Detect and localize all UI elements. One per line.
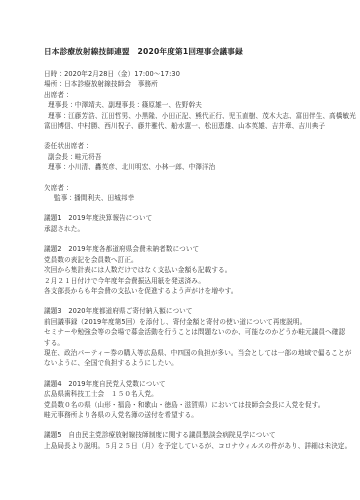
- agenda-4-line-1: 広島県歯科技工士会 １５０名入党。: [44, 389, 344, 399]
- agenda-2-section: 議題2 2019年度各都道府県会費未納者数について党員数の表記を会員数へ訂正。次…: [44, 244, 344, 296]
- meeting-info-section: 日時：2020年2月28日（金）17:00～17:30場所：日本診療放射線技師会…: [44, 69, 344, 131]
- agenda-3-line-3: する。: [44, 338, 344, 348]
- proxy-attendees-line-0: 委任状出席者：: [44, 141, 344, 151]
- agenda-5-heading: 議題5 自由民主党診療放射線技師制度に関する議員懇談会病院見学について: [44, 430, 344, 440]
- agenda-4-heading: 議題4 2019年度自民党入党数について: [44, 379, 344, 389]
- agenda-3-line-1: 前回議事録（2019年度第5回）を添付し、寄付金額と寄付の使い道について再度説明…: [44, 317, 344, 327]
- document-body: 日時：2020年2月28日（金）17:00～17:30場所：日本診療放射線技師会…: [44, 69, 344, 451]
- document-page: 日本診療放射線技師連盟 2020年度第1回理事会議事録 日時：2020年2月28…: [0, 0, 360, 500]
- agenda-2-line-2: 次回から集計表には人数だけではなく支払い金額も記載する。: [44, 265, 344, 275]
- proxy-attendees-section: 委任状出席者：副会長：畦元将吾理事：小川清、轟英彦、北川明宏、小林一郎、中澤洋治: [44, 141, 344, 172]
- agenda-4-line-3: 畦元事務所より各県の入党名簿の送付を希望する。: [44, 410, 344, 420]
- agenda-1-heading: 議題1 2019年度決算報告について: [44, 213, 344, 223]
- agenda-1-line-1: 承認された。: [44, 224, 344, 234]
- absentees-section: 欠席者：監事：播間利夫、田城邦幸: [44, 183, 344, 204]
- agenda-1-section: 議題1 2019年度決算報告について承認された。: [44, 213, 344, 234]
- meeting-info-line-0: 日時：2020年2月28日（金）17:00～17:30: [44, 69, 344, 79]
- proxy-attendees-line-2: 理事：小川清、轟英彦、北川明宏、小林一郎、中澤洋治: [44, 162, 344, 172]
- document-title: 日本診療放射線技師連盟 2020年度第1回理事会議事録: [44, 46, 344, 57]
- agenda-5-section: 議題5 自由民主党診療放射線技師制度に関する議員懇談会病院見学について上島局長よ…: [44, 430, 344, 451]
- meeting-info-line-1: 場所：日本診療放射線技師会 事務所: [44, 79, 344, 89]
- meeting-info-line-2: 出席者：: [44, 90, 344, 100]
- agenda-3-line-2: セミナーや勉強会等の会場で募金活動を行うことは問題ないのか、可能なのかどうか畦元…: [44, 327, 344, 337]
- agenda-3-section: 議題3 2020年度都道府県ご寄付納入額について前回議事録（2019年度第5回）…: [44, 306, 344, 368]
- agenda-2-line-1: 党員数の表記を会員数へ訂正。: [44, 255, 344, 265]
- absentees-line-0: 欠席者：: [44, 183, 344, 193]
- meeting-info-line-3: 理事長：中澤靖夫、副理事長：篠原雄一、佐野幹夫: [44, 100, 344, 110]
- agenda-3-line-5: ないように、全国で負担するようにしたい。: [44, 358, 344, 368]
- agenda-4-section: 議題4 2019年度自民党入党数について広島県歯科技工士会 １５０名入党。党員数…: [44, 379, 344, 421]
- proxy-attendees-line-1: 副会長：畦元将吾: [44, 152, 344, 162]
- agenda-2-heading: 議題2 2019年度各都道府県会費未納者数について: [44, 244, 344, 254]
- agenda-2-line-4: 各支部長からも年会費の支払いを促進するよう声がけを増やす。: [44, 286, 344, 296]
- agenda-4-line-2: 党員数０名の県（山形・福島・和歌山・徳島・滋賀県）においては技師会会長に入党を促…: [44, 400, 344, 410]
- agenda-3-heading: 議題3 2020年度都道府県ご寄付納入額について: [44, 306, 344, 316]
- agenda-2-line-3: ２月２１日付けで今年度年会費振込用紙を発送済み。: [44, 276, 344, 286]
- absentees-line-1: 監事：播間利夫、田城邦幸: [44, 193, 344, 203]
- meeting-info-line-5: 富田博信、中村勝、西川祝子、藤井雅代、船水憲一、松田恵雄、山本英雄、吉井章、吉川…: [44, 121, 344, 131]
- agenda-3-line-4: 現在、政治パーティー券の購入等広島県、中四国の負担が多い。当会としては一部の地域…: [44, 348, 344, 358]
- meeting-info-line-4: 理事：江藤芳浩、江田哲男、小黒隆、小田正記、熊代正行、児玉直樹、茂木大志、富田伴…: [44, 111, 344, 121]
- agenda-5-line-1: 上島局長より説明。５月２５日（月）を予定しているが、コロナウィルスの件があり、詳…: [44, 441, 344, 451]
